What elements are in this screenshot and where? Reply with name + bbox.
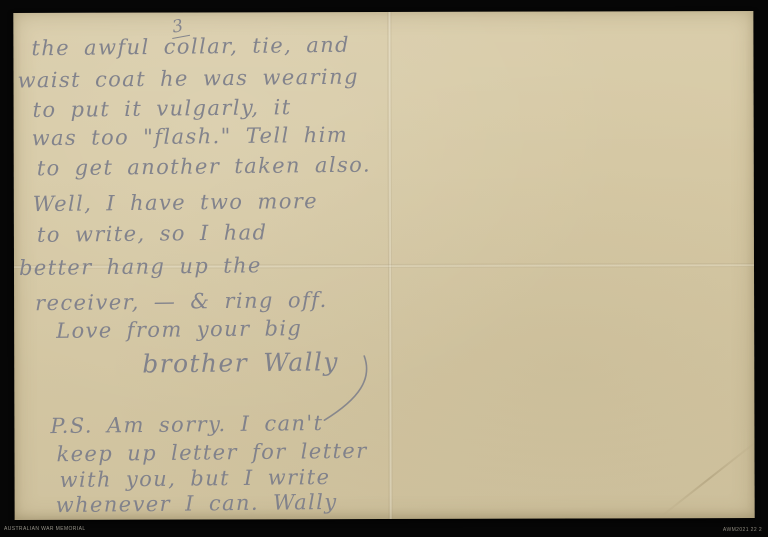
handwritten-line: receiver, — & ring off. (35, 288, 328, 315)
handwritten-line: was too "flash." Tell him (32, 123, 349, 151)
closing-line: Love from your big (56, 316, 302, 343)
handwritten-line: better hang up the (19, 253, 262, 280)
handwritten-line: waist coat he was wearing (17, 65, 359, 93)
handwritten-line: to write, so I had (37, 220, 268, 247)
postscript-line: keep up letter for letter (56, 439, 367, 467)
postscript-line: whenever I can. Wally (55, 490, 337, 517)
scan-background: 3 the awful collar, tie, and waist coat … (0, 0, 768, 537)
watermark-accession: AWM2021 22 2 (723, 527, 762, 533)
corner-crease (661, 441, 757, 517)
letter-paper: 3 the awful collar, tie, and waist coat … (13, 11, 754, 520)
handwritten-line: to get another taken also. (37, 153, 371, 181)
handwritten-line: to put it vulgarly, it (32, 95, 291, 122)
postscript-line: P.S. Am sorry. I can't (50, 411, 323, 438)
watermark-institution: AUSTRALIAN WAR MEMORIAL (4, 526, 86, 532)
postscript-line: with you, but I write (59, 465, 330, 492)
handwritten-line: Well, I have two more (33, 189, 318, 216)
handwritten-line: the awful collar, tie, and (31, 33, 350, 61)
